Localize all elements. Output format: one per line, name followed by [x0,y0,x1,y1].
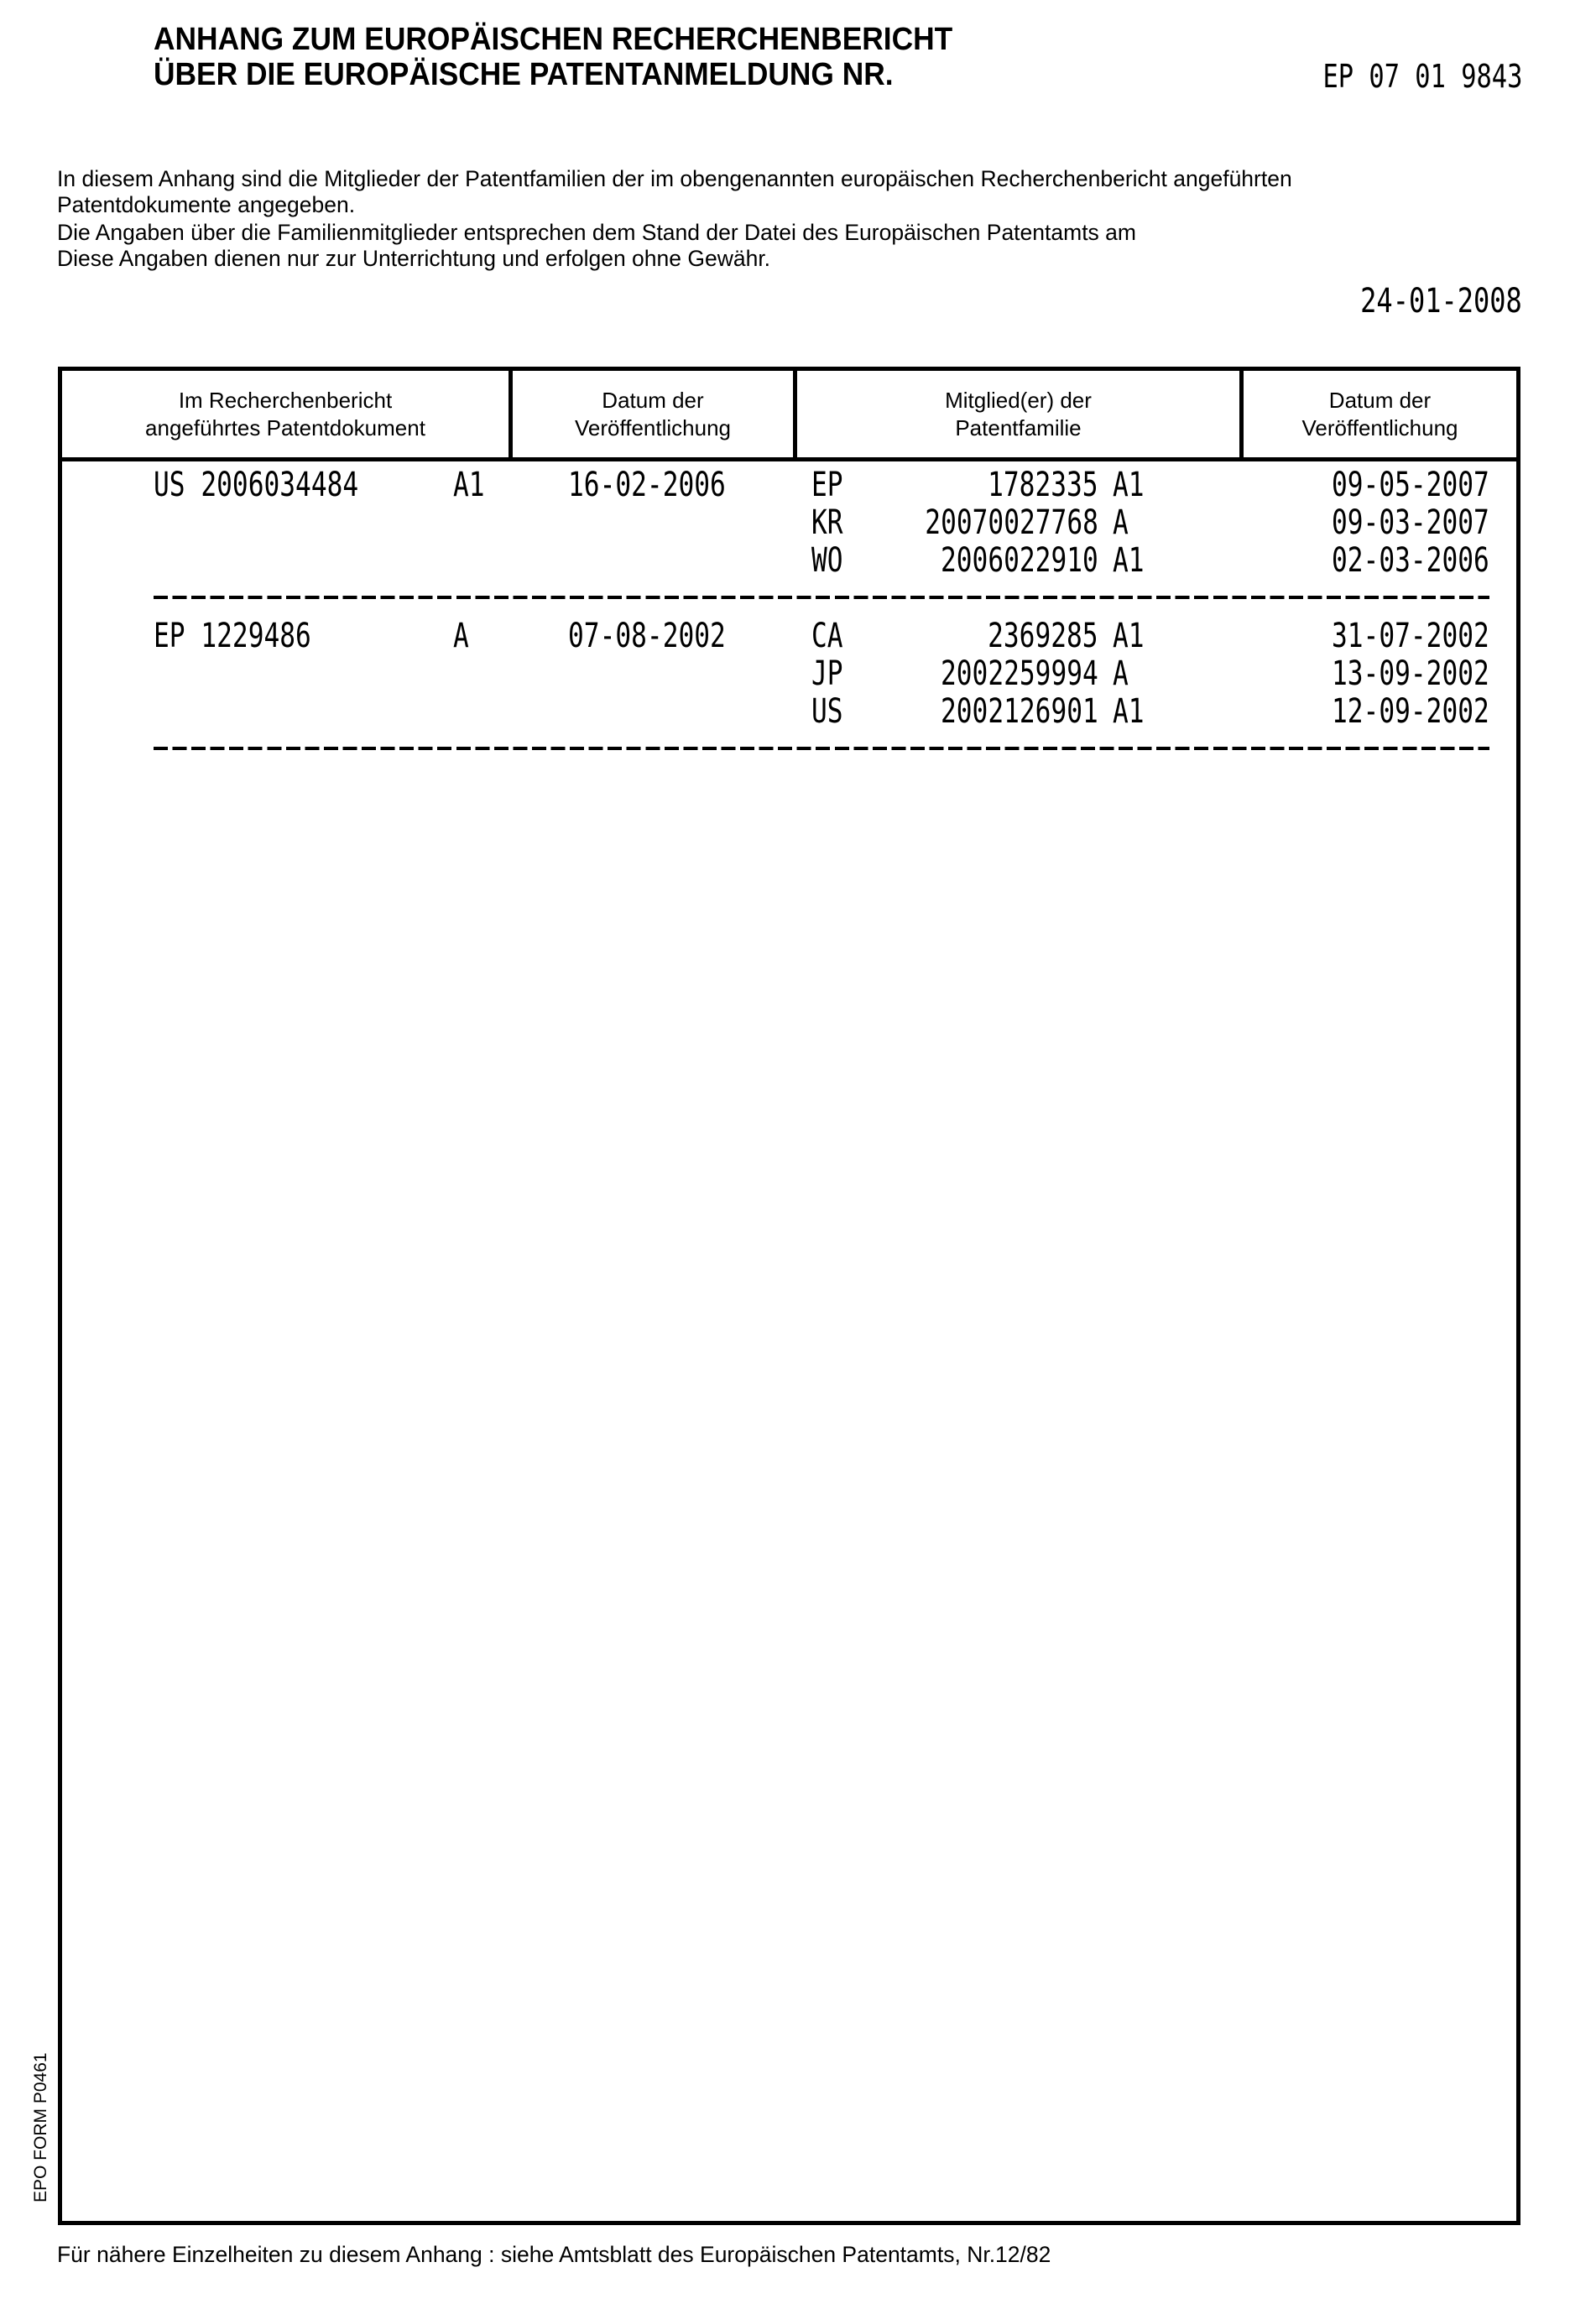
family-kind: A1 [1113,542,1145,580]
column-header-cited-document: Im Recherchenberichtangeführtes Patentdo… [62,371,509,457]
family-country: WO [811,542,843,580]
family-date: 02-03-2006 [1332,542,1489,580]
cited-document-kind: A [453,618,469,655]
family-date: 13-09-2002 [1332,655,1489,693]
family-kind: A1 [1113,693,1145,731]
family-country: KR [811,504,843,542]
family-country: JP [811,655,843,693]
family-kind: A [1113,655,1129,693]
cited-publication-date: 07-08-2002 [568,618,726,655]
database-status-date: 24-01-2008 [1360,284,1522,319]
cited-document-number: US 2006034484 [154,466,358,504]
family-number: 1782335 [988,466,1098,504]
family-kind: A1 [1113,618,1145,655]
cited-publication-date: 16-02-2006 [568,466,726,504]
family-date: 09-03-2007 [1332,504,1489,542]
column-header-text: Datum der [1329,388,1431,413]
cited-document-number: EP 1229486 [154,618,311,655]
family-number: 20070027768 [925,504,1098,542]
report-title-line-1: ANHANG ZUM EUROPÄISCHEN RECHERCHENBERICH… [154,23,952,56]
column-header-family-members: Mitglied(er) derPatentfamilie [797,371,1239,457]
family-kind: A [1113,504,1129,542]
intro-line-1: In diesem Anhang sind die Mitglieder der… [57,166,1292,192]
family-kind: A1 [1113,466,1145,504]
column-header-publication-date: Datum derVeröffentlichung [513,371,793,457]
report-title-line-2: ÜBER DIE EUROPÄISCHE PATENTANMELDUNG NR. [154,58,894,91]
application-number: EP 07 01 9843 [1322,60,1522,93]
intro-line-3: Die Angaben über die Familienmitglieder … [57,220,1136,246]
entry-separator [154,747,1489,750]
family-country: EP [811,466,843,504]
family-country: CA [811,618,843,655]
intro-line-4: Diese Angaben dienen nur zur Unterrichtu… [57,246,770,272]
intro-line-2: Patentdokumente angegeben. [57,192,355,218]
family-number: 2002259994 [941,655,1098,693]
cited-document-kind: A1 [453,466,485,504]
family-date: 12-09-2002 [1332,693,1489,731]
family-number: 2006022910 [941,542,1098,580]
column-header-text: Patentfamilie [955,415,1081,440]
family-date: 09-05-2007 [1332,466,1489,504]
family-number: 2369285 [988,618,1098,655]
column-header-text: Datum der [602,388,703,413]
column-header-text: Veröffentlichung [1302,415,1458,440]
footer-note: Für nähere Einzelheiten zu diesem Anhang… [57,2242,1051,2267]
table-header-row: Im Recherchenberichtangeführtes Patentdo… [62,371,1516,461]
form-code-label: EPO FORM P0461 [32,2052,50,2202]
column-header-family-publication-date: Datum derVeröffentlichung [1244,371,1516,457]
column-header-text: angeführtes Patentdokument [145,415,425,440]
column-header-text: Veröffentlichung [575,415,731,440]
entry-separator [154,596,1489,599]
column-header-text: Im Recherchenbericht [179,388,392,413]
family-number: 2002126901 [941,693,1098,731]
family-country: US [811,693,843,731]
family-date: 31-07-2002 [1332,618,1489,655]
column-header-text: Mitglied(er) der [945,388,1092,413]
